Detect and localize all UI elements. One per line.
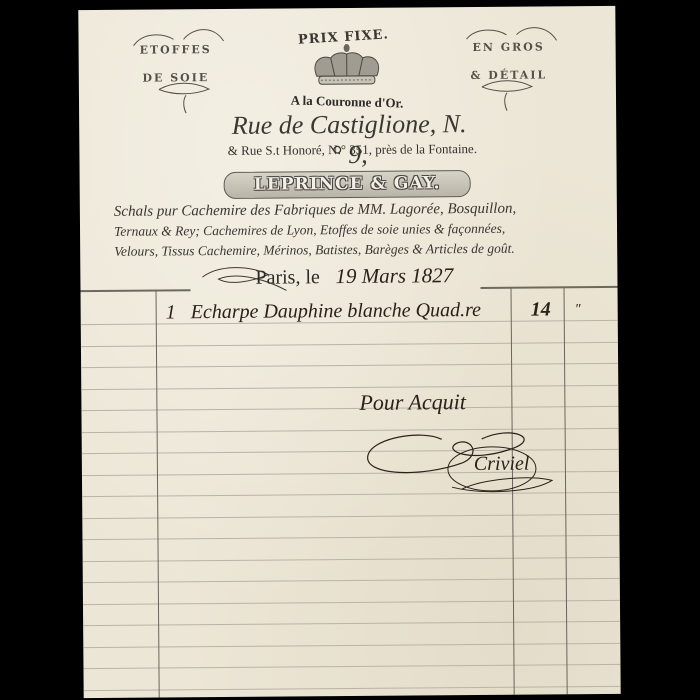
header-rule-left bbox=[81, 289, 191, 292]
invoice-date: 19 Mars 1827 bbox=[335, 263, 453, 289]
column-divider-centimes bbox=[563, 287, 567, 694]
column-divider-quantity bbox=[156, 291, 160, 698]
place-prefix: Paris, le bbox=[255, 266, 320, 290]
line-item: 1 Echarpe Dauphine blanche Quad.re 14 " bbox=[78, 6, 615, 10]
right-block-line2: & DÉTAIL bbox=[454, 68, 564, 82]
ruled-lines bbox=[78, 6, 615, 10]
item-description: Echarpe Dauphine blanche Quad.re bbox=[191, 299, 481, 324]
item-price-centimes: " bbox=[575, 302, 581, 318]
signature: Criviel bbox=[474, 453, 530, 476]
signature-flourish-icon bbox=[362, 418, 563, 500]
invoice-paper: ETOFFES DE SOIE EN GROS & DÉTAIL PRIX FI… bbox=[78, 6, 620, 698]
address-line-1: Rue de Castiglione, N.° 9, bbox=[229, 109, 469, 171]
address-line-2: & Rue S.t Honoré, N.° 351, près de la Fo… bbox=[197, 141, 507, 159]
description-line-1: Schals pur Cachemire des Fabriques de MM… bbox=[114, 201, 516, 221]
firm-name-banner: LEPRINCE & GAY. bbox=[224, 170, 471, 199]
left-block-line2: DE SOIE bbox=[121, 71, 231, 85]
description-line-3: Velours, Tissus Cachemire, Mérinos, Bati… bbox=[114, 241, 515, 260]
receipt-note: Pour Acquit bbox=[359, 389, 466, 416]
left-flourish-icon bbox=[123, 23, 234, 114]
right-flourish-icon bbox=[456, 20, 567, 111]
item-price-francs: 14 bbox=[531, 298, 551, 321]
header-rule-right bbox=[480, 286, 617, 289]
description-line-2: Ternaux & Rey; Cachemires de Lyon, Etoff… bbox=[114, 221, 505, 240]
right-block-line1: EN GROS bbox=[454, 40, 564, 54]
left-block-line1: ETOFFES bbox=[121, 43, 231, 57]
crown-icon bbox=[307, 42, 387, 93]
item-quantity: 1 bbox=[166, 301, 176, 324]
